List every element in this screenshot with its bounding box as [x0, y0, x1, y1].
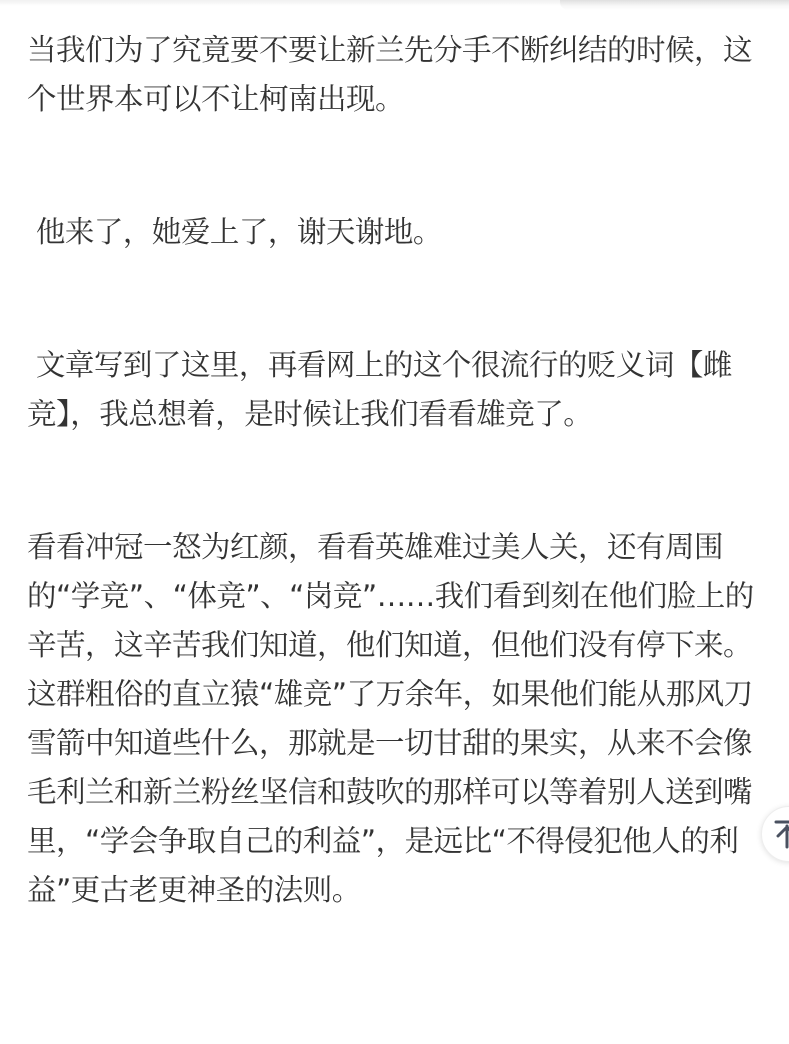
- paragraph-4: 看看冲冠一怒为红颜，看看英雄难过美人关，还有周围的“学竞”、“体竞”、“岗竞”……: [27, 523, 755, 915]
- paragraph-spacer: [27, 124, 755, 208]
- paragraph-2: 他来了，她爱上了，谢天谢地。: [27, 208, 755, 257]
- arrow-up-bar-icon: [774, 819, 789, 849]
- paragraph-3: 文章写到了这里，再看网上的这个很流行的贬义词【雌竞】，我总想着，是时候让我们看看…: [27, 341, 755, 439]
- paragraph-spacer: [27, 257, 755, 341]
- article-body: 当我们为了究竟要不要让新兰先分手不断纠结的时候，这个世界本可以不让柯南出现。 他…: [27, 26, 755, 915]
- toolbar-shadow: [560, 0, 789, 10]
- back-to-top-button[interactable]: [761, 806, 789, 862]
- paragraph-spacer: [27, 439, 755, 523]
- paragraph-1: 当我们为了究竟要不要让新兰先分手不断纠结的时候，这个世界本可以不让柯南出现。: [27, 26, 755, 124]
